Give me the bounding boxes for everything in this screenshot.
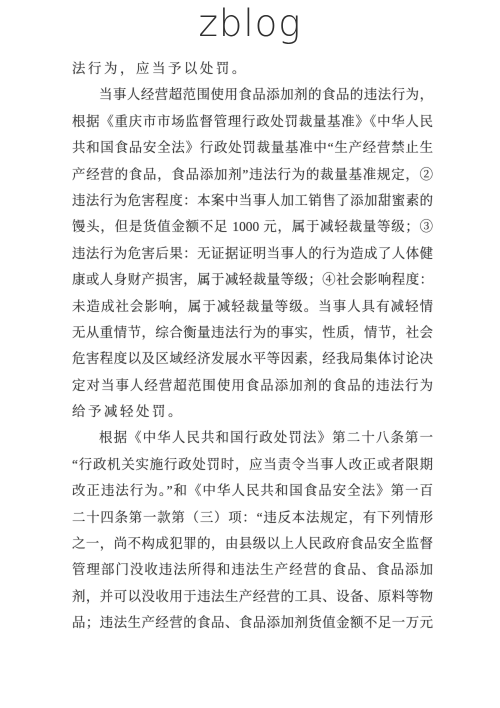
- document-line: 定对当事人经营超范围使用食品添加剂的食品的违法行为: [72, 373, 433, 399]
- document-line: 管理部门没收违法所得和违法生产经营的食品、食品添加: [72, 557, 433, 583]
- page: zblog 法行为，应当予以处罚。 当事人经营超范围使用食品添加剂的食品的违法行…: [0, 0, 500, 708]
- document-line: 根据《重庆市市场监督管理行政处罚裁量基准》《中华人民: [72, 109, 433, 135]
- document-line: 违法行为危害程度：本案中当事人加工销售了添加甜蜜素的: [72, 188, 433, 214]
- document-line: 违法行为危害后果：无证据证明当事人的行为造成了人体健: [72, 241, 433, 267]
- document-line: 当事人经营超范围使用食品添加剂的食品的违法行为，: [72, 82, 433, 108]
- site-header: zblog: [0, 0, 500, 46]
- document-line: 给予减轻处罚。: [72, 399, 433, 425]
- document-line: 之一，尚不构成犯罪的，由县级以上人民政府食品安全监督: [72, 531, 433, 557]
- document-line: 剂，并可以没收用于违法生产经营的工具、设备、原料等物: [72, 584, 433, 610]
- document-line: 共和国食品安全法》行政处罚裁量基准中“生产经营禁止生: [72, 135, 433, 161]
- document-line: 无从重情节，综合衡量违法行为的事实，性质，情节，社会: [72, 320, 433, 346]
- document-line: 改正违法行为。”和《中华人民共和国食品安全法》第一百: [72, 478, 433, 504]
- document-line: 未造成社会影响，属于减轻裁量等级。当事人具有减轻情节，: [72, 294, 433, 320]
- document-line: 二十四条第一款第（三）项：“违反本法规定，有下列情形: [72, 505, 433, 531]
- scanned-document: 法行为，应当予以处罚。 当事人经营超范围使用食品添加剂的食品的违法行为， 根据《…: [72, 56, 433, 637]
- site-title-link[interactable]: zblog: [198, 2, 301, 46]
- document-line: 康或人身财产损害，属于减轻裁量等级；④社会影响程度：: [72, 267, 433, 293]
- document-line: 根据《中华人民共和国行政处罚法》第二十八条第一款：: [72, 425, 433, 451]
- document-line: 危害程度以及区域经济发展水平等因素，经我局集体讨论决: [72, 346, 433, 372]
- document-line: 馒头，但是货值金额不足 1000 元，属于减轻裁量等级；③: [72, 214, 433, 240]
- document-line: 品；违法生产经营的食品、食品添加剂货值金额不足一万元: [72, 610, 433, 636]
- document-line: “行政机关实施行政处罚时，应当责令当事人改正或者限期: [72, 452, 433, 478]
- document-line: 产经营的食品，食品添加剂”违法行为的裁量基准规定，②: [72, 162, 433, 188]
- document-line: 法行为，应当予以处罚。: [72, 56, 433, 82]
